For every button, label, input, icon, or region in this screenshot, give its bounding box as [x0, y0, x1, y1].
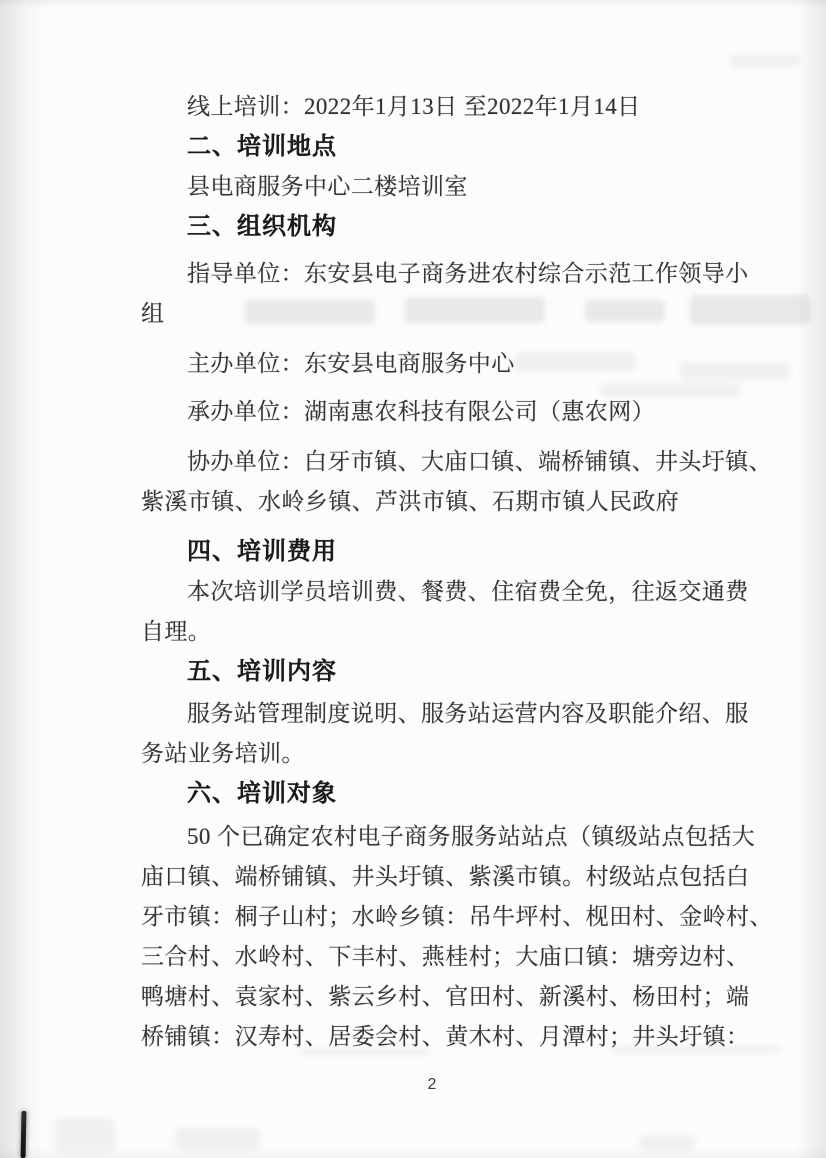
scan-bleedthrough-smudge [730, 55, 800, 67]
text-line: 服务站管理制度说明、服务站运营内容及职能介绍、服 [141, 694, 748, 734]
scan-streak-mark [21, 1111, 27, 1158]
section-heading: 三、组织机构 [141, 207, 748, 247]
paragraph: 承办单位：湖南惠农科技有限公司（惠农网） [141, 392, 748, 432]
scan-bleedthrough-smudge [640, 1135, 695, 1151]
text-line: 鸭塘村、袁家村、紫云乡村、官田村、新溪村、杨田村；端 [141, 977, 748, 1017]
text-line: 务站业务培训。 [141, 734, 748, 774]
text-line: 三合村、水岭村、下丰村、燕桂村；大庙口镇：塘旁边村、 [141, 937, 748, 977]
paragraph: 线上培训：2022年1月13日 至2022年1月14日 [141, 87, 748, 127]
text-line: 县电商服务中心二楼培训室 [141, 167, 748, 207]
scan-shadow-top-edge [0, 0, 826, 8]
text-line: 指导单位：东安县电子商务进农村综合示范工作领导小 [141, 254, 748, 294]
text-line: 四、培训费用 [141, 532, 748, 572]
text-line: 桥铺镇：汉寿村、居委会村、黄木村、月潭村；井头圩镇： [141, 1017, 748, 1057]
section-heading: 四、培训费用 [141, 532, 748, 572]
text-line: 主办单位：东安县电商服务中心 [141, 344, 748, 384]
paragraph: 50 个已确定农村电子商务服务站站点（镇级站点包括大庙口镇、端桥铺镇、井头圩镇、… [141, 817, 748, 1057]
scan-shadow-left-edge [0, 0, 46, 1158]
text-line: 组 [141, 294, 748, 334]
text-line: 牙市镇：桐子山村；水岭乡镇：吊牛坪村、枧田村、金岭村、 [141, 897, 748, 937]
scan-shadow-bottom-edge [0, 1148, 826, 1158]
scan-bleedthrough-smudge [55, 1118, 115, 1152]
section-heading: 二、培训地点 [141, 127, 748, 167]
text-line: 协办单位：白牙市镇、大庙口镇、端桥铺镇、井头圩镇、 [141, 442, 748, 482]
paragraph: 协办单位：白牙市镇、大庙口镇、端桥铺镇、井头圩镇、紫溪市镇、水岭乡镇、芦洪市镇、… [141, 442, 748, 522]
text-line: 庙口镇、端桥铺镇、井头圩镇、紫溪市镇。村级站点包括白 [141, 857, 748, 897]
text-line: 五、培训内容 [141, 652, 748, 692]
text-line: 本次培训学员培训费、餐费、住宿费全免，往返交通费 [141, 572, 748, 612]
document-body: 线上培训：2022年1月13日 至2022年1月14日二、培训地点县电商服务中心… [141, 87, 748, 1057]
scanned-document-page: 线上培训：2022年1月13日 至2022年1月14日二、培训地点县电商服务中心… [0, 0, 826, 1158]
paragraph: 主办单位：东安县电商服务中心 [141, 344, 748, 384]
paragraph: 指导单位：东安县电子商务进农村综合示范工作领导小组 [141, 254, 748, 334]
section-heading: 六、培训对象 [141, 774, 748, 814]
paragraph: 县电商服务中心二楼培训室 [141, 167, 748, 207]
text-line: 二、培训地点 [141, 127, 748, 167]
paragraph: 本次培训学员培训费、餐费、住宿费全免，往返交通费自理。 [141, 572, 748, 652]
scan-shadow-right-edge [796, 0, 826, 1158]
text-line: 50 个已确定农村电子商务服务站站点（镇级站点包括大 [141, 817, 748, 857]
scan-bleedthrough-smudge [175, 1128, 260, 1150]
text-line: 紫溪市镇、水岭乡镇、芦洪市镇、石期市镇人民政府 [141, 482, 748, 522]
paragraph: 服务站管理制度说明、服务站运营内容及职能介绍、服务站业务培训。 [141, 694, 748, 774]
section-heading: 五、培训内容 [141, 652, 748, 692]
page-number: 2 [422, 1076, 442, 1094]
text-line: 线上培训：2022年1月13日 至2022年1月14日 [141, 87, 748, 127]
text-line: 六、培训对象 [141, 774, 748, 814]
text-line: 自理。 [141, 612, 748, 652]
text-line: 三、组织机构 [141, 207, 748, 247]
text-line: 承办单位：湖南惠农科技有限公司（惠农网） [141, 392, 748, 432]
